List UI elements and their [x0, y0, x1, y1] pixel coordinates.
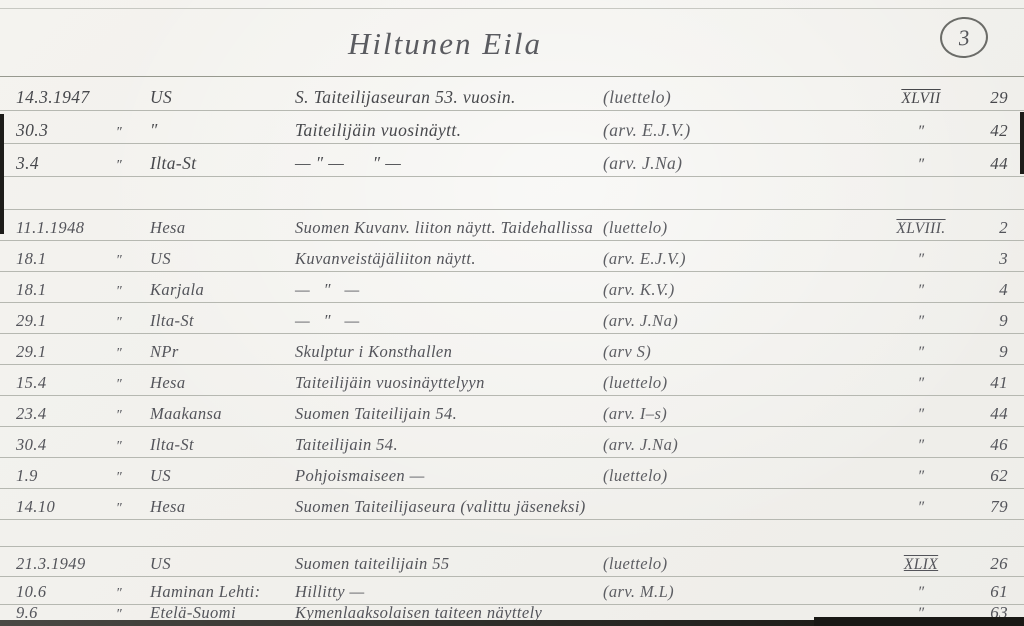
entry-date: 14.3.1947 — [0, 87, 88, 108]
entry-date-ditto: ″ — [88, 408, 150, 424]
entry-date: 29.1 — [0, 311, 88, 331]
entry-date: 11.1.1948 — [0, 218, 88, 238]
entry-paper: Ilta-St — [150, 435, 295, 455]
entry-date: 30.3 — [0, 120, 88, 141]
entry-page: 9 — [962, 311, 1024, 331]
entry-volume: ″ — [880, 375, 962, 393]
entry-date-ditto: ″ — [88, 439, 150, 455]
archive-card: Hiltunen Eila 3 14.3.1947 US S. Taiteili… — [0, 0, 1024, 626]
table-row: 3.4 ″ Ilta-St — ″ — ″ — (arv. J.Na) ″ 44 — [0, 144, 1024, 177]
entry-date: 18.1 — [0, 249, 88, 269]
entry-page: 79 — [962, 497, 1024, 517]
entry-volume: XLVIII. — [880, 220, 962, 238]
entry-note: (arv. K.V.) — [603, 280, 675, 300]
entry-note: (arv. E.J.V.) — [603, 120, 691, 141]
table-row: 10.6 ″ Haminan Lehti: Hillitty — (arv. M… — [0, 577, 1024, 605]
entry-paper: Hesa — [150, 218, 295, 238]
entry-date: 18.1 — [0, 280, 88, 300]
entries: 14.3.1947 US S. Taiteilijaseuran 53. vuo… — [0, 77, 1024, 626]
table-row: 29.1 ″ Ilta-St — ″ — (arv. J.Na) ″ 9 — [0, 303, 1024, 334]
entry-paper: US — [150, 87, 295, 108]
entry-note: (arv. J.Na) — [603, 153, 682, 174]
table-row: 14.3.1947 US S. Taiteilijaseuran 53. vuo… — [0, 77, 1024, 111]
entry-page: 62 — [962, 466, 1024, 486]
entry-volume: XLIX — [880, 556, 962, 574]
entry-date-ditto: ″ — [88, 586, 150, 602]
entry-volume: ″ — [880, 437, 962, 455]
blank-line — [0, 177, 1024, 210]
entry-work: Suomen Taiteilijain 54. — [295, 404, 603, 424]
entry-work: Taiteilijäin vuosinäyttelyyn — [295, 373, 603, 393]
entry-volume: ″ — [880, 282, 962, 300]
entry-work: S. Taiteilijaseuran 53. vuosin. — [295, 87, 603, 108]
entry-note: (luettelo) — [603, 466, 667, 486]
entry-date-ditto: ″ — [88, 377, 150, 393]
table-row: 15.4 ″ Hesa Taiteilijäin vuosinäyttelyyn… — [0, 365, 1024, 396]
scan-artifact-right — [1020, 112, 1024, 174]
entry-paper: US — [150, 554, 295, 574]
entry-date: 14.10 — [0, 497, 88, 517]
entry-work: Suomen Taiteilijaseura (valittu jäseneks… — [295, 497, 603, 517]
entry-paper: Karjala — [150, 280, 295, 300]
entry-work: — ″ — ″ — — [295, 153, 603, 174]
bottom-edge-corner — [814, 617, 1024, 626]
entry-paper: Hesa — [150, 497, 295, 517]
entry-paper: Maakansa — [150, 404, 295, 424]
blank-line — [0, 520, 1024, 547]
entry-note: (luettelo) — [603, 218, 667, 238]
entry-date: 30.4 — [0, 435, 88, 455]
entry-volume: ″ — [880, 406, 962, 424]
entry-page: 9 — [962, 342, 1024, 362]
entry-date: 21.3.1949 — [0, 554, 88, 574]
entry-group: 14.3.1947 US S. Taiteilijaseuran 53. vuo… — [0, 77, 1024, 177]
entry-work: Taiteilijäin vuosinäytt. — [295, 120, 603, 141]
entry-page: 44 — [962, 404, 1024, 424]
entry-page: 26 — [962, 554, 1024, 574]
entry-paper: Hesa — [150, 373, 295, 393]
entry-date-ditto: ″ — [88, 315, 150, 331]
table-row: 18.1 ″ Karjala — ″ — (arv. K.V.) ″ 4 — [0, 272, 1024, 303]
entry-page: 3 — [962, 249, 1024, 269]
table-row: 11.1.1948 Hesa Suomen Kuvanv. liiton näy… — [0, 210, 1024, 241]
entry-note: (luettelo) — [603, 373, 667, 393]
entry-page: 42 — [962, 121, 1024, 141]
entry-volume: ″ — [880, 344, 962, 362]
entry-page: 46 — [962, 435, 1024, 455]
entry-work: Skulptur i Konsthallen — [295, 342, 603, 362]
entry-date-ditto: ″ — [88, 501, 150, 517]
entry-date-ditto: ″ — [88, 284, 150, 300]
entry-paper: NPr — [150, 342, 295, 362]
entry-work: Taiteilijain 54. — [295, 435, 603, 455]
card-title: Hiltunen Eila — [295, 26, 595, 62]
table-row: 1.9 ″ US Pohjoismaiseen — (luettelo) ″ 6… — [0, 458, 1024, 489]
entry-date: 3.4 — [0, 153, 88, 174]
entry-work: — ″ — — [295, 311, 603, 331]
entry-note: (arv. E.J.V.) — [603, 249, 686, 269]
entry-date: 29.1 — [0, 342, 88, 362]
entry-note: (luettelo) — [603, 87, 671, 108]
entry-volume: ″ — [880, 584, 962, 602]
card-header: Hiltunen Eila 3 — [0, 0, 1024, 77]
entry-note: (arv S) — [603, 342, 651, 362]
entry-group: 21.3.1949 US Suomen taiteilijain 55 (lue… — [0, 547, 1024, 626]
entry-date-ditto: ″ — [88, 158, 150, 174]
entry-paper: Ilta-St — [150, 311, 295, 331]
entry-volume: ″ — [880, 468, 962, 486]
entry-note: (arv. J.Na) — [603, 311, 678, 331]
entry-date: 1.9 — [0, 466, 88, 486]
entry-page: 61 — [962, 582, 1024, 602]
entry-page: 44 — [962, 154, 1024, 174]
entry-volume: ″ — [880, 499, 962, 517]
entry-date: 23.4 — [0, 404, 88, 424]
entry-date-ditto: ″ — [88, 125, 150, 141]
table-row: 29.1 ″ NPr Skulptur i Konsthallen (arv S… — [0, 334, 1024, 365]
entry-paper: Ilta-St — [150, 153, 295, 174]
table-row: 21.3.1949 US Suomen taiteilijain 55 (lue… — [0, 547, 1024, 577]
entry-page: 2 — [962, 218, 1024, 238]
entry-date: 15.4 — [0, 373, 88, 393]
entry-volume: ″ — [880, 313, 962, 331]
entry-work: Hillitty — — [295, 582, 603, 602]
entry-note: (arv. M.L) — [603, 582, 674, 602]
entry-note: (luettelo) — [603, 554, 667, 574]
entry-page: 4 — [962, 280, 1024, 300]
entry-volume: XLVII — [880, 90, 962, 108]
entry-work: Suomen Kuvanv. liiton näytt. Taidehallis… — [295, 218, 603, 238]
table-row: 23.4 ″ Maakansa Suomen Taiteilijain 54. … — [0, 396, 1024, 427]
table-row: 30.4 ″ Ilta-St Taiteilijain 54. (arv. J.… — [0, 427, 1024, 458]
entry-date-ditto: ″ — [88, 253, 150, 269]
entry-date-ditto: ″ — [88, 470, 150, 486]
entry-group: 11.1.1948 Hesa Suomen Kuvanv. liiton näy… — [0, 210, 1024, 520]
entry-date-ditto: ″ — [88, 346, 150, 362]
entry-date: 10.6 — [0, 582, 88, 602]
table-row: 14.10 ″ Hesa Suomen Taiteilijaseura (val… — [0, 489, 1024, 520]
scan-artifact-left — [0, 114, 4, 234]
entry-page: 29 — [962, 88, 1024, 108]
entry-work: — ″ — — [295, 280, 603, 300]
entry-work: Kuvanveistäjäliiton näytt. — [295, 249, 603, 269]
entry-paper: US — [150, 249, 295, 269]
entry-paper: Haminan Lehti: — [150, 582, 295, 602]
entry-work: Pohjoismaiseen — — [295, 466, 603, 486]
page-number: 3 — [958, 24, 971, 51]
entry-volume: ″ — [880, 123, 962, 141]
page-number-badge: 3 — [939, 15, 990, 59]
entry-paper: US — [150, 466, 295, 486]
entry-note: (arv. I–s) — [603, 404, 667, 424]
entry-work: Suomen taiteilijain 55 — [295, 554, 603, 574]
entry-volume: ″ — [880, 156, 962, 174]
entry-page: 41 — [962, 373, 1024, 393]
table-row: 18.1 ″ US Kuvanveistäjäliiton näytt. (ar… — [0, 241, 1024, 272]
entry-paper: ″ — [150, 120, 295, 141]
table-row: 30.3 ″ ″ Taiteilijäin vuosinäytt. (arv. … — [0, 111, 1024, 144]
entry-note: (arv. J.Na) — [603, 435, 678, 455]
entry-volume: ″ — [880, 251, 962, 269]
